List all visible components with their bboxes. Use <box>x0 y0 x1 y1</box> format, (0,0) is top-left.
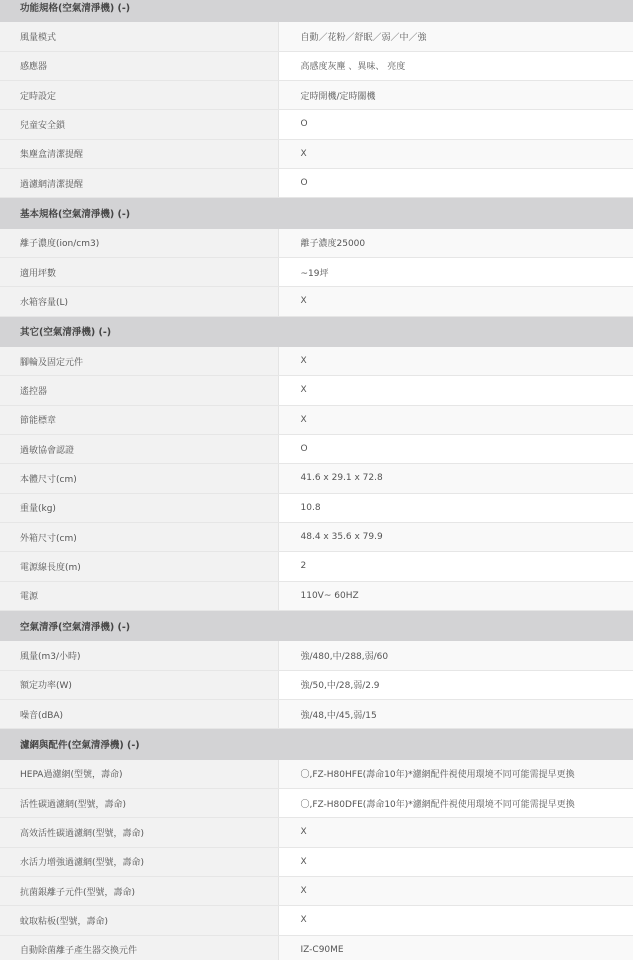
spec-label: 電源 <box>0 581 278 610</box>
spec-value: 離子濃度25000 <box>278 228 633 257</box>
spec-row: 集塵盒清潔提醒X <box>0 139 633 168</box>
spec-value: X <box>278 876 633 905</box>
spec-value: IZ-C90ME <box>278 935 633 960</box>
spec-row: 感應器高感度灰塵 、異味、 亮度 <box>0 51 633 80</box>
spec-row: 蚊取粘板(型號，壽命)X <box>0 906 633 935</box>
spec-row: 本體尺寸(cm)41.6 x 29.1 x 72.8 <box>0 464 633 493</box>
section-header[interactable]: 空氣清淨(空氣清淨機) (-) <box>0 610 633 640</box>
spec-label: 過敏協會認證 <box>0 434 278 463</box>
spec-label: 風量(m3/小時) <box>0 641 278 670</box>
spec-value: 48.4 x 35.6 x 79.9 <box>278 522 633 551</box>
spec-label: 適用坪數 <box>0 257 278 286</box>
spec-label: 額定功率(W) <box>0 670 278 699</box>
section-header[interactable]: 功能規格(空氣清淨機) (-) <box>0 0 633 22</box>
spec-value: X <box>278 376 633 405</box>
spec-label: 自動除菌離子產生器交換元件 <box>0 935 278 960</box>
section-title[interactable]: 濾網與配件(空氣清淨機) (-) <box>0 729 633 759</box>
section-title[interactable]: 基本規格(空氣清淨機) (-) <box>0 198 633 228</box>
spec-row: 適用坪數~19坪 <box>0 257 633 286</box>
spec-value: 10.8 <box>278 493 633 522</box>
spec-row: 活性碳過濾網(型號，壽命)〇,FZ-H80DFE(壽命10年)*濾網配件視使用環… <box>0 788 633 817</box>
spec-value: X <box>278 139 633 168</box>
spec-label: 離子濃度(ion/cm3) <box>0 228 278 257</box>
spec-row: 節能標章X <box>0 405 633 434</box>
spec-row: 風量模式自動／花粉／舒眠／弱／中／強 <box>0 22 633 51</box>
spec-label: 風量模式 <box>0 22 278 51</box>
spec-label: 本體尺寸(cm) <box>0 464 278 493</box>
spec-label: 遙控器 <box>0 376 278 405</box>
spec-row: 額定功率(W)強/50,中/28,弱/2.9 <box>0 670 633 699</box>
spec-value: O <box>278 434 633 463</box>
spec-value: 強/50,中/28,弱/2.9 <box>278 670 633 699</box>
spec-row: 遙控器X <box>0 376 633 405</box>
spec-row: 定時設定定時開機/定時關機 <box>0 80 633 109</box>
spec-label: HEPA過濾網(型號，壽命) <box>0 759 278 788</box>
spec-row: 外箱尺寸(cm)48.4 x 35.6 x 79.9 <box>0 522 633 551</box>
spec-value: O <box>278 168 633 197</box>
spec-value: X <box>278 287 633 316</box>
spec-value: ~19坪 <box>278 257 633 286</box>
section-title[interactable]: 功能規格(空氣清淨機) (-) <box>0 0 633 22</box>
spec-label: 重量(kg) <box>0 493 278 522</box>
spec-value: 強/480,中/288,弱/60 <box>278 641 633 670</box>
spec-row: 噪音(dBA)強/48,中/45,弱/15 <box>0 699 633 728</box>
spec-label: 高效活性碳過濾網(型號，壽命) <box>0 818 278 847</box>
spec-row: 重量(kg)10.8 <box>0 493 633 522</box>
spec-label: 活性碳過濾網(型號，壽命) <box>0 788 278 817</box>
spec-table: 功能規格(空氣清淨機) (-)風量模式自動／花粉／舒眠／弱／中／強感應器高感度灰… <box>0 0 633 960</box>
spec-value: X <box>278 906 633 935</box>
spec-label: 抗菌銀離子元件(型號，壽命) <box>0 876 278 905</box>
spec-value: 〇,FZ-H80DFE(壽命10年)*濾網配件視使用環境不同可能需提早更換 <box>278 788 633 817</box>
spec-label: 水箱容量(L) <box>0 287 278 316</box>
spec-row: 離子濃度(ion/cm3)離子濃度25000 <box>0 228 633 257</box>
spec-label: 電源線長度(m) <box>0 552 278 581</box>
spec-label: 噪音(dBA) <box>0 699 278 728</box>
spec-value: 強/48,中/45,弱/15 <box>278 699 633 728</box>
spec-value: 自動／花粉／舒眠／弱／中／強 <box>278 22 633 51</box>
spec-value: 定時開機/定時關機 <box>278 80 633 109</box>
spec-label: 外箱尺寸(cm) <box>0 522 278 551</box>
spec-value: X <box>278 818 633 847</box>
spec-label: 集塵盒清潔提醒 <box>0 139 278 168</box>
spec-row: 腳輪及固定元件X <box>0 346 633 375</box>
spec-value: 110V~ 60HZ <box>278 581 633 610</box>
spec-value: O <box>278 110 633 139</box>
spec-row: 高效活性碳過濾網(型號，壽命)X <box>0 818 633 847</box>
spec-value: X <box>278 346 633 375</box>
spec-label: 兒童安全鎖 <box>0 110 278 139</box>
spec-row: 過濾網清潔提醒O <box>0 168 633 197</box>
spec-row: 自動除菌離子產生器交換元件IZ-C90ME <box>0 935 633 960</box>
spec-row: 水箱容量(L)X <box>0 287 633 316</box>
spec-label: 節能標章 <box>0 405 278 434</box>
spec-label: 感應器 <box>0 51 278 80</box>
spec-value: 41.6 x 29.1 x 72.8 <box>278 464 633 493</box>
spec-row: 過敏協會認證O <box>0 434 633 463</box>
spec-row: 水活力增強過濾網(型號，壽命)X <box>0 847 633 876</box>
section-title[interactable]: 空氣清淨(空氣清淨機) (-) <box>0 610 633 640</box>
section-title[interactable]: 其它(空氣清淨機) (-) <box>0 316 633 346</box>
spec-value: 高感度灰塵 、異味、 亮度 <box>278 51 633 80</box>
spec-label: 蚊取粘板(型號，壽命) <box>0 906 278 935</box>
section-header[interactable]: 濾網與配件(空氣清淨機) (-) <box>0 729 633 759</box>
spec-row: 風量(m3/小時)強/480,中/288,弱/60 <box>0 641 633 670</box>
section-header[interactable]: 其它(空氣清淨機) (-) <box>0 316 633 346</box>
spec-row: 兒童安全鎖O <box>0 110 633 139</box>
spec-label: 水活力增強過濾網(型號，壽命) <box>0 847 278 876</box>
spec-row: 電源線長度(m)2 <box>0 552 633 581</box>
spec-value: X <box>278 847 633 876</box>
spec-value: 2 <box>278 552 633 581</box>
spec-label: 過濾網清潔提醒 <box>0 168 278 197</box>
spec-row: 電源110V~ 60HZ <box>0 581 633 610</box>
spec-row: HEPA過濾網(型號，壽命)〇,FZ-H80HFE(壽命10年)*濾網配件視使用… <box>0 759 633 788</box>
spec-row: 抗菌銀離子元件(型號，壽命)X <box>0 876 633 905</box>
spec-label: 定時設定 <box>0 80 278 109</box>
section-header[interactable]: 基本規格(空氣清淨機) (-) <box>0 198 633 228</box>
spec-value: X <box>278 405 633 434</box>
spec-value: 〇,FZ-H80HFE(壽命10年)*濾網配件視使用環境不同可能需提早更換 <box>278 759 633 788</box>
spec-label: 腳輪及固定元件 <box>0 346 278 375</box>
